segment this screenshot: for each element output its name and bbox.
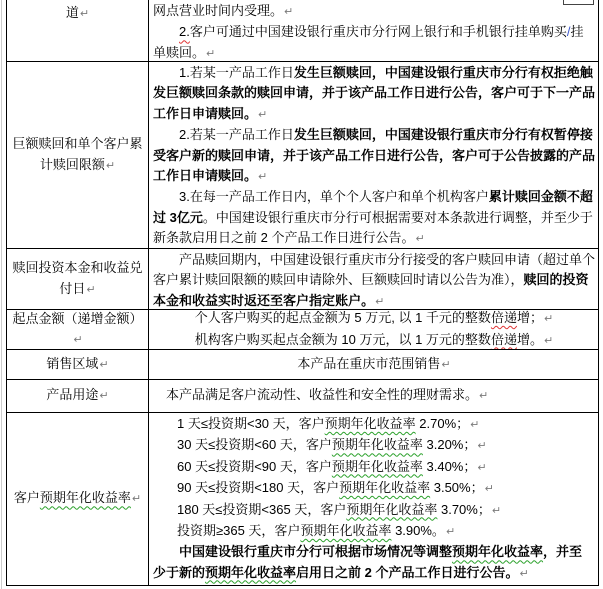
- text-run: 客户: [283, 293, 309, 308]
- row-label: 赎回投资本金和收益兑付日↵: [7, 249, 149, 309]
- paragraph: 本产品满足客户流动性、收益性和安全性的理财需求。↵: [153, 385, 595, 406]
- text-run: 启用日之前 2 个产品工作日进行公告。: [296, 565, 518, 580]
- paragraph: 投资期≥365 天，客户预期年化收益率 3.90%。↵: [153, 521, 595, 542]
- pilcrow-mark: ↵: [543, 313, 553, 325]
- text-run: 90 天≤投资期<180 天，客户: [177, 480, 339, 495]
- row-content: 个人客户购买的起点金额为 5 万元, 以 1 千元的整数倍递增；↵机构客户购买起…: [149, 310, 598, 349]
- paragraph: 产品赎回期内，中国建设银行重庆市分行接受的客户赎回申请（超过单个客户累计赎回限额…: [153, 250, 595, 309]
- row-label: 销售区域↵: [7, 350, 149, 379]
- row-label-text: 起点金额（递增金额）↵: [11, 310, 144, 349]
- table-row: 巨额赎回和单个客户累计赎回限额↵1.若某一产品工作日发生巨额赎回，中国建设银行重…: [7, 62, 598, 249]
- paragraph: 180 天≤投资期<365 天，客户预期年化收益率 3.70%；↵: [153, 500, 595, 521]
- text-run: 1 天≤投资期<30 天，客户: [177, 416, 325, 431]
- text-run: 网点营业时间内受理。: [153, 3, 283, 18]
- row-label-text: 赎回投资本金和收益兑付日↵: [11, 258, 144, 300]
- text-run: 1.若某一产品工作日: [179, 65, 294, 80]
- pilcrow-mark: ↵: [478, 390, 488, 402]
- pilcrow-mark: ↵: [491, 505, 501, 517]
- row-label: 道↵: [7, 0, 149, 61]
- pilcrow-mark: ↵: [131, 493, 141, 505]
- paragraph: 个人客户购买的起点金额为 5 万元, 以 1 千元的整数倍递增；↵: [153, 310, 595, 330]
- pilcrow-mark: ↵: [476, 440, 486, 452]
- text-run: 增；: [517, 310, 543, 325]
- row-content: 1 天≤投资期<30 天，客户预期年化收益率 2.70%；↵30 天≤投资期<6…: [149, 413, 598, 585]
- text-run: 指定: [309, 293, 335, 308]
- text-run: 起点金额（递增金额）: [12, 311, 142, 326]
- text-run: 2.: [179, 24, 190, 39]
- text-run: 机构客户购买起点金额为 10 万元，以 1 万元的整数: [195, 332, 491, 347]
- pilcrow-mark: ↵: [257, 109, 267, 121]
- table-row: 销售区域↵本产品在重庆市范围销售↵: [7, 350, 598, 380]
- text-run: 3.40%；: [423, 459, 476, 474]
- text-run: 60 天≤投资期<90 天，客户: [177, 459, 332, 474]
- row-label-text: 道↵: [66, 3, 89, 24]
- text-run: 巨额赎回和单个客户累计赎回限额: [12, 136, 142, 171]
- text-run: 产品用途: [46, 387, 98, 402]
- text-run: 投资期≥365 天，客户: [177, 523, 300, 538]
- text-run: 中国建设银行重庆市分行可根据市场情况等调整: [179, 544, 452, 559]
- pilcrow-mark: ↵: [98, 390, 108, 402]
- text-run: 180 天≤投资期<365 天，客户: [177, 502, 346, 517]
- text-run: 2.若某一产品工作日: [179, 127, 294, 142]
- table-row: 道↵网点营业时间内受理。↵2.客户可通过中国建设银行重庆市分行网上银行和手机银行…: [7, 0, 598, 62]
- row-content: 本产品在重庆市范围销售↵: [149, 350, 598, 379]
- text-run: 赎回投资本金和收益兑付日: [12, 260, 142, 295]
- row-label: 起点金额（递增金额）↵: [7, 310, 149, 349]
- text-run: 预期年化收益率: [205, 565, 296, 580]
- paragraph: 90 天≤投资期<180 天，客户预期年化收益率 3.50%；↵: [153, 478, 595, 499]
- table-row: 客户预期年化收益率↵1 天≤投资期<30 天，客户预期年化收益率 2.70%；↵…: [7, 413, 598, 586]
- text-run: 预期年化收益率: [332, 459, 423, 474]
- pilcrow-mark: ↵: [205, 48, 215, 60]
- text-run: 道: [66, 5, 79, 20]
- paragraph: 机构客户购买起点金额为 10 万元，以 1 万元的整数倍递增。↵: [153, 330, 595, 350]
- product-terms-table: 道↵网点营业时间内受理。↵2.客户可通过中国建设银行重庆市分行网上银行和手机银行…: [6, 0, 599, 586]
- row-label-text: 产品用途↵: [46, 385, 108, 406]
- text-run: 3.70%；: [437, 502, 490, 517]
- text-run: 返还至: [244, 293, 283, 308]
- pilcrow-mark: ↵: [519, 568, 529, 580]
- pilcrow-mark: ↵: [79, 8, 89, 20]
- paragraph: 3.在每一产品工作日内，单个个人客户和单个机构客户累计赎回金额不超过 3亿元。中…: [153, 187, 595, 248]
- pilcrow-mark: ↵: [257, 171, 267, 183]
- text-run: 客户: [14, 490, 40, 505]
- text-run: 3.90%。: [391, 523, 444, 538]
- row-content: 产品赎回期内，中国建设银行重庆市分行接受的客户赎回申请（超过单个客户累计赎回限额…: [149, 249, 598, 309]
- text-boundary-line: [1, 0, 2, 589]
- table-row: 赎回投资本金和收益兑付日↵产品赎回期内，中国建设银行重庆市分行接受的客户赎回申请…: [7, 249, 598, 310]
- paragraph: 2.客户可通过中国建设银行重庆市分行网上银行和手机银行挂单购买/挂单赎回。↵: [153, 22, 595, 61]
- text-run: 预期年化收益率: [332, 437, 423, 452]
- pilcrow-mark: ↵: [484, 483, 494, 495]
- paragraph: 60 天≤投资期<90 天，客户预期年化收益率 3.40%；↵: [153, 457, 595, 478]
- row-label: 产品用途↵: [7, 380, 149, 412]
- row-label: 巨额赎回和单个客户累计赎回限额↵: [7, 62, 149, 248]
- row-label-text: 客户预期年化收益率↵: [14, 488, 141, 509]
- row-label-text: 销售区域↵: [46, 354, 108, 375]
- text-run: 倍递: [491, 310, 517, 325]
- text-run: 个人客户购买的起点金额为 5 万元, 以 1 千元的整数: [195, 310, 491, 325]
- pilcrow-mark: ↵: [440, 359, 450, 371]
- pilcrow-mark: ↵: [105, 160, 115, 172]
- text-run: 预期年化收益率: [346, 502, 437, 517]
- paragraph: 中国建设银行重庆市分行可根据市场情况等调整预期年化收益率，并至少于新的预期年化收…: [153, 542, 595, 584]
- text-run: 30 天≤投资期<60 天，客户: [177, 437, 332, 452]
- text-run: 3.在每一产品工作日内，单个个人客户和单个机构客户: [179, 189, 489, 204]
- text-run: 客户可通过中国建设银行重庆市分行网上银行和手机银行挂单购买: [190, 24, 567, 39]
- pilcrow-mark: ↵: [445, 526, 455, 538]
- text-run: 预期年化收益率: [300, 523, 391, 538]
- row-content: 1.若某一产品工作日发生巨额赎回，中国建设银行重庆市分行有权拒绝触发巨额赎回条款…: [149, 62, 598, 248]
- pilcrow-mark: ↵: [414, 233, 424, 245]
- pilcrow-mark: ↵: [98, 359, 108, 371]
- text-run: 预期年化收益率: [339, 480, 430, 495]
- paragraph: 30 天≤投资期<60 天，客户预期年化收益率 3.20%；↵: [153, 435, 595, 456]
- text-run: 本产品满足客户流动性、收益性和安全性的理财需求。: [166, 387, 478, 402]
- row-label-text: 巨额赎回和单个客户累计赎回限额↵: [11, 134, 144, 176]
- paragraph: 1 天≤投资期<30 天，客户预期年化收益率 2.70%；↵: [153, 414, 595, 435]
- text-run: 3.20%；: [423, 437, 476, 452]
- pilcrow-mark: ↵: [469, 419, 479, 431]
- text-run: 预期年化收益率: [452, 544, 543, 559]
- text-run: 销售区域: [46, 356, 98, 371]
- text-run: 增。: [517, 332, 543, 347]
- text-run: 本产品在重庆市范围销售: [297, 356, 440, 371]
- table-row: 产品用途↵本产品满足客户流动性、收益性和安全性的理财需求。↵: [7, 380, 598, 413]
- text-run: 账户。: [335, 293, 374, 308]
- pilcrow-mark: ↵: [85, 284, 95, 296]
- pilcrow-mark: ↵: [543, 335, 553, 347]
- table-row: 起点金额（递增金额）↵个人客户购买的起点金额为 5 万元, 以 1 千元的整数倍…: [7, 310, 598, 350]
- row-content: 本产品满足客户流动性、收益性和安全性的理财需求。↵: [149, 380, 598, 412]
- paragraph: 2.若某一产品工作日发生巨额赎回，中国建设银行重庆市分行有权暂停接受客户新的赎回…: [153, 125, 595, 187]
- pilcrow-mark: ↵: [374, 296, 384, 308]
- paragraph: 1.若某一产品工作日发生巨额赎回，中国建设银行重庆市分行有权拒绝触发巨额赎回条款…: [153, 63, 595, 125]
- paragraph: 本产品在重庆市范围销售↵: [153, 354, 595, 375]
- text-run: 2.70%；: [416, 416, 469, 431]
- text-run: 3.50%；: [430, 480, 483, 495]
- pilcrow-mark: ↵: [283, 6, 293, 18]
- text-run: 。中国建设银行重庆市分行可根据需要对本条款进行调整，并至少于新条款启用日之前 2…: [153, 210, 593, 245]
- paragraph: 网点营业时间内受理。↵: [153, 1, 595, 22]
- text-run: 预期年化收益率: [40, 490, 131, 505]
- text-run: 预期年化收益率: [325, 416, 416, 431]
- text-run: 倍递: [491, 332, 517, 347]
- pilcrow-mark: ↵: [72, 334, 82, 346]
- row-label: 客户预期年化收益率↵: [7, 413, 149, 585]
- row-content: 网点营业时间内受理。↵2.客户可通过中国建设银行重庆市分行网上银行和手机银行挂单…: [149, 0, 598, 61]
- pilcrow-mark: ↵: [476, 462, 486, 474]
